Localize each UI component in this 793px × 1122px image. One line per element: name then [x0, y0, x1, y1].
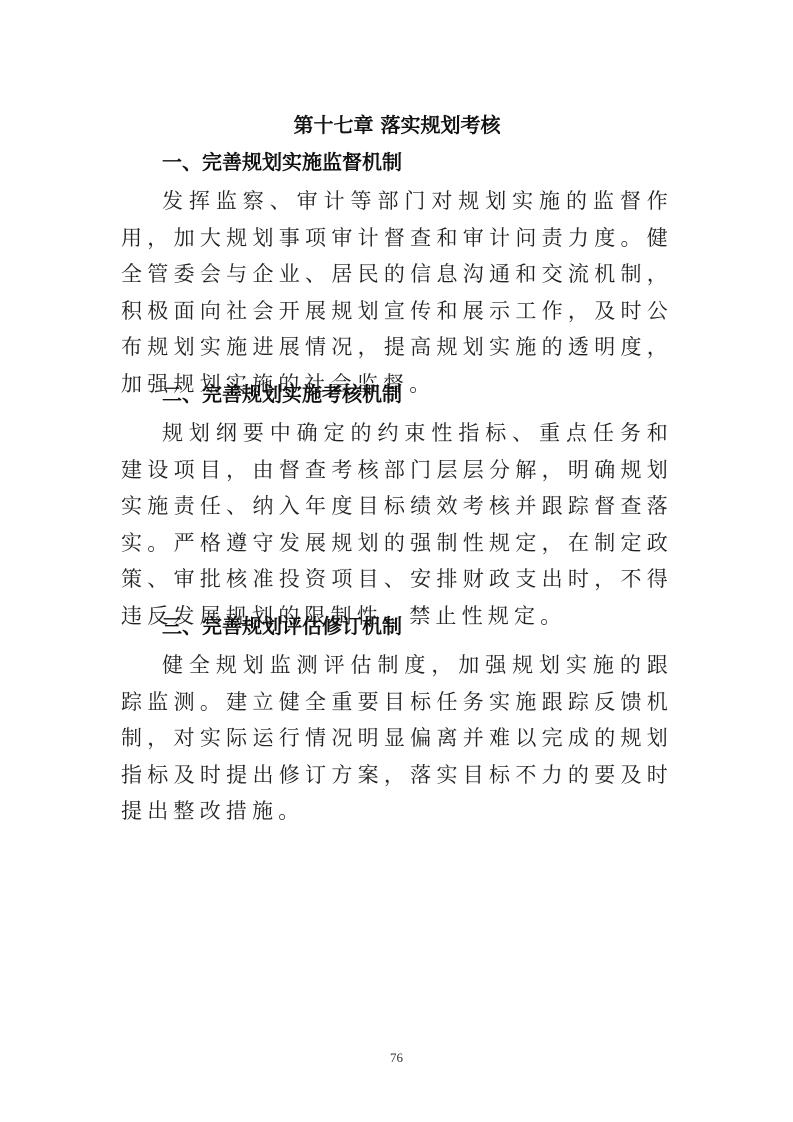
- page-number: 76: [0, 1050, 793, 1066]
- section-heading-3: 三、完善规划评估修订机制: [162, 611, 402, 641]
- section-paragraph-1: 发挥监察、审计等部门对规划实施的监督作用，加大规划事项审计督查和审计问责力度。健…: [121, 183, 673, 403]
- section-heading-1: 一、完善规划实施监督机制: [162, 147, 402, 177]
- chapter-title: 第十七章 落实规划考核: [121, 110, 673, 140]
- section-heading-2: 二、完善规划实施考核机制: [162, 379, 402, 409]
- section-paragraph-3: 健全规划监测评估制度，加强规划实施的跟踪监测。建立健全重要目标任务实施跟踪反馈机…: [121, 647, 673, 830]
- section-paragraph-2: 规划纲要中确定的约束性指标、重点任务和建设项目，由督查考核部门层层分解，明确规划…: [121, 415, 673, 635]
